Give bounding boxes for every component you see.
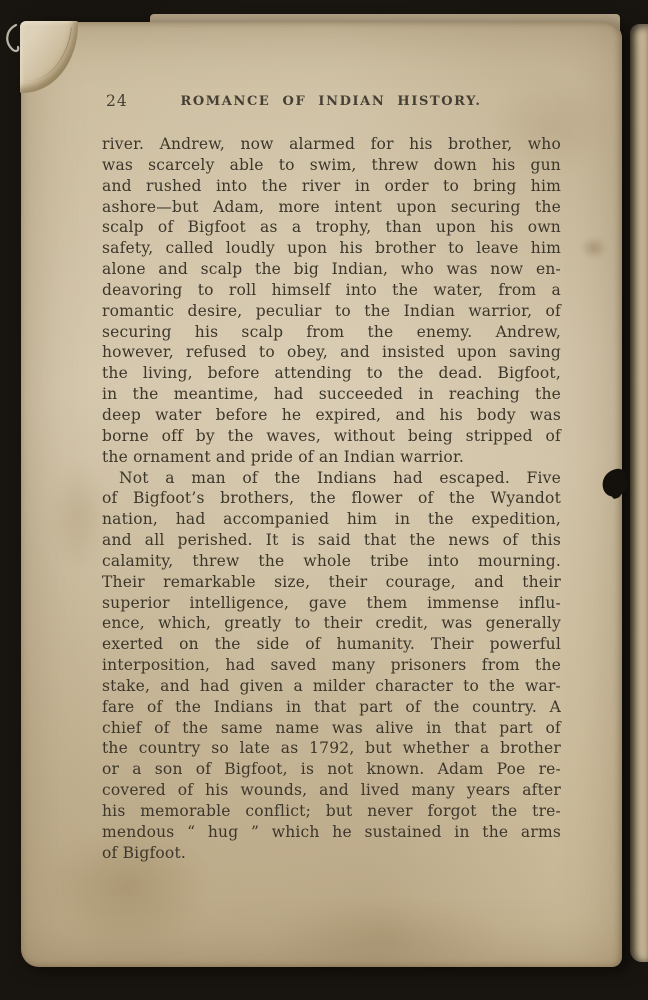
text-line: ence, which, greatly to their credit, wa… [102,613,561,634]
text-line: was scarcely able to swim, threw down hi… [102,155,561,176]
text-line: safety, called loudly upon his brother t… [102,238,561,259]
text-line: mendous “ hug ” which he sustained in th… [102,822,561,843]
text-line: calamity, threw the whole tribe into mou… [102,551,561,572]
paper-stain [49,462,109,572]
edge-tear [599,467,632,500]
text-line: of Bigfoot. [102,843,561,864]
text-line: romantic desire, peculiar to the Indian … [102,301,561,322]
next-page-edge [630,24,648,962]
text-line: the living, before attending to the dead… [102,363,561,384]
text-line: deep water before he expired, and his bo… [102,405,561,426]
text-line: fare of the Indians in that part of the … [102,697,561,718]
paper-stain [581,237,607,259]
text-line: Their remarkable size, their courage, an… [102,572,561,593]
paragraph: river. Andrew, now alarmed for his broth… [102,134,561,468]
text-line: Not a man of the Indians had escaped. Fi… [102,468,561,489]
text-line: alone and scalp the big Indian, who was … [102,259,561,280]
page-body: river. Andrew, now alarmed for his broth… [102,134,561,864]
text-line: superior intelligence, gave them immense… [102,593,561,614]
running-title: ROMANCE OF INDIAN HISTORY. [102,94,560,109]
text-line: borne off by the waves, without being st… [102,426,561,447]
text-line: stake, and had given a milder character … [102,676,561,697]
text-line: scalp of Bigfoot as a trophy, than upon … [102,217,561,238]
text-line: securing his scalp from the enemy. Andre… [102,322,561,343]
text-line: or a son of Bigfoot, is not known. Adam … [102,759,561,780]
text-line: the ornament and pride of an Indian warr… [102,447,561,468]
text-line: river. Andrew, now alarmed for his broth… [102,134,561,155]
text-line: his memorable conflict; but never forgot… [102,801,561,822]
book-page: 24 ROMANCE OF INDIAN HISTORY. river. And… [21,22,622,967]
text-line: nation, had accompanied him in the exped… [102,509,561,530]
text-line: however, refused to obey, and insisted u… [102,342,561,363]
page-header: 24 ROMANCE OF INDIAN HISTORY. [102,92,560,114]
text-line: in the meantime, had succeeded in reachi… [102,384,561,405]
text-line: interposition, had saved many prisoners … [102,655,561,676]
text-line: chief of the same name was alive in that… [102,718,561,739]
text-line: and all perished. It is said that the ne… [102,530,561,551]
text-line: exerted on the side of humanity. Their p… [102,634,561,655]
photo-background: 24 ROMANCE OF INDIAN HISTORY. river. And… [0,0,648,1000]
text-line: deavoring to roll himself into the water… [102,280,561,301]
text-line: ashore—but Adam, more intent upon securi… [102,197,561,218]
text-line: the country so late as 1792, but whether… [102,738,561,759]
thread-artifact [2,22,30,56]
paragraph: Not a man of the Indians had escaped. Fi… [102,468,561,864]
text-line: of Bigfoot’s brothers, the flower of the… [102,488,561,509]
text-line: and rushed into the river in order to br… [102,176,561,197]
paper-stain [271,902,501,972]
text-line: covered of his wounds, and lived many ye… [102,780,561,801]
